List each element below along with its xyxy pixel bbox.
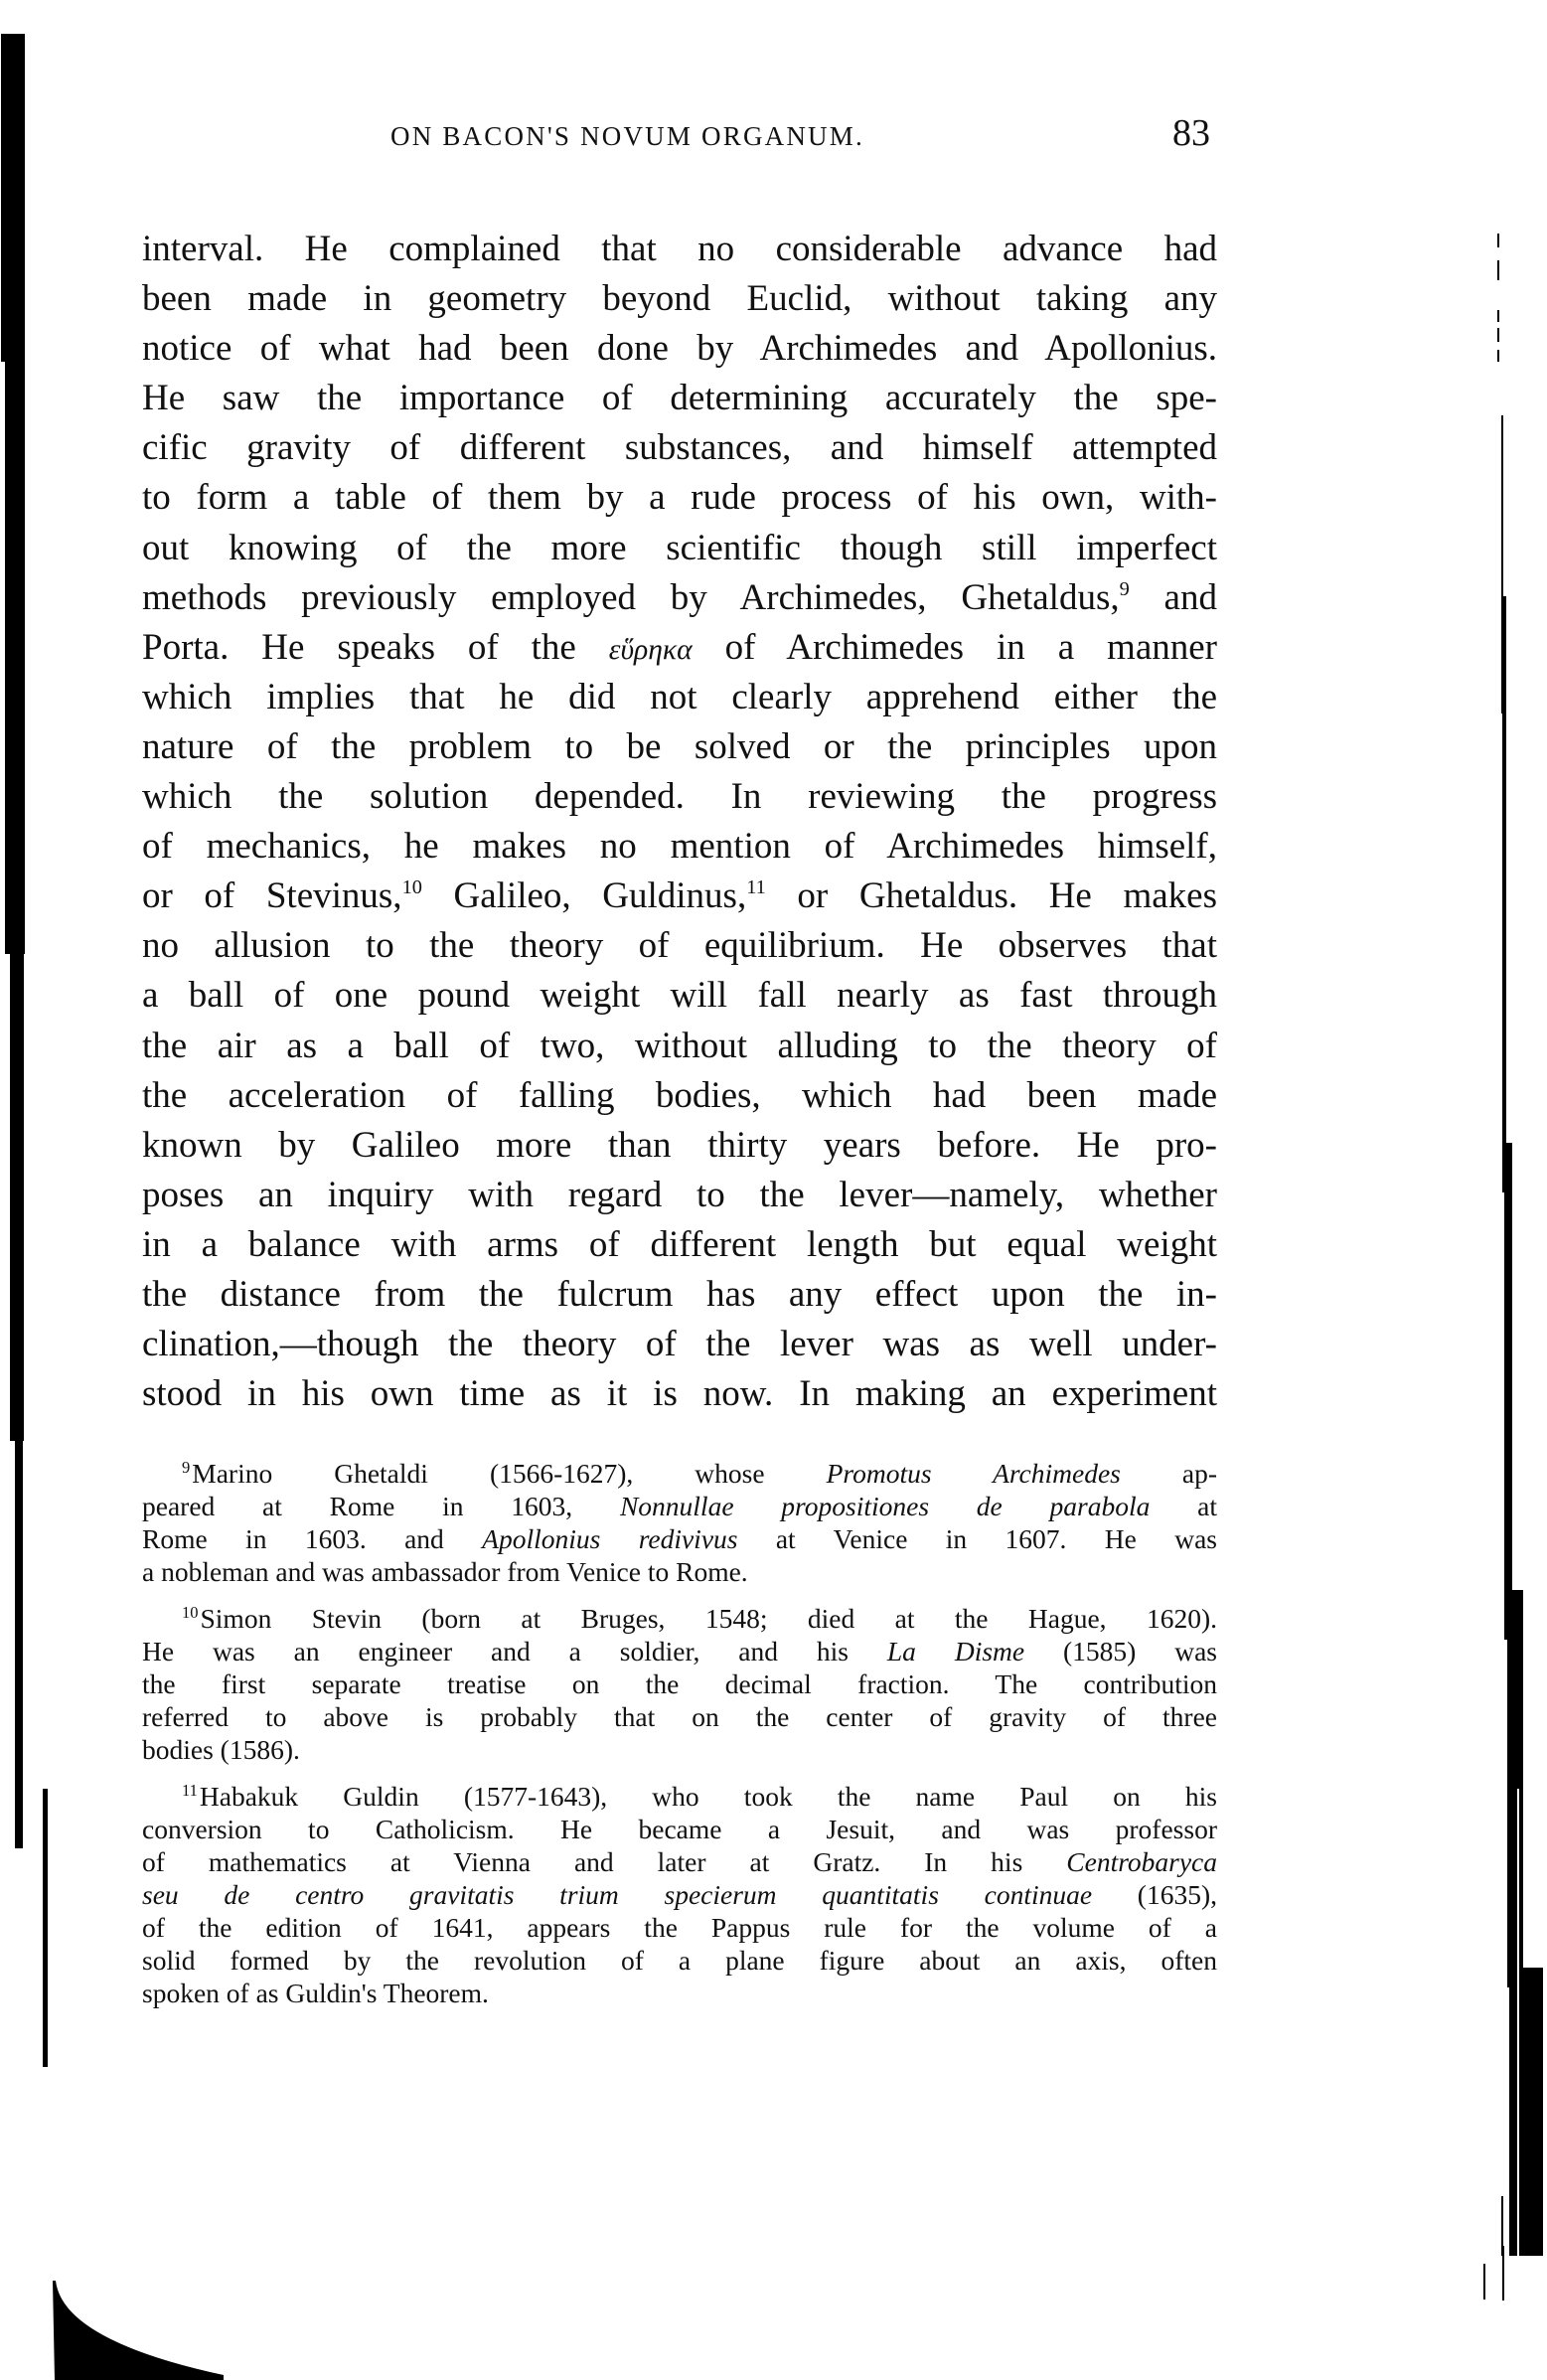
scan-edge-right-dash bbox=[1497, 234, 1499, 247]
scan-edge-right bbox=[1504, 1143, 1512, 1640]
footnote-line: conversion to Catholicism. He became a J… bbox=[142, 1813, 1217, 1845]
text-line: out knowing of the more scientific thoug… bbox=[142, 524, 1217, 573]
footnote-line: seu de centro gravitatis trium specierum… bbox=[142, 1878, 1217, 1911]
footnote-line: Rome in 1603. and Apollonius redivivus a… bbox=[142, 1522, 1217, 1555]
book-page: ON BACON'S NOVUM ORGANUM. 83 interval. H… bbox=[0, 0, 1547, 2380]
footnote-line: spoken of as Guldin's Theorem. bbox=[142, 1977, 1217, 2009]
text-line: to form a table of them by a rude proces… bbox=[142, 473, 1217, 523]
scan-edge-gap bbox=[1517, 1789, 1519, 2276]
footnote-line: of mathematics at Vienna and later at Gr… bbox=[142, 1845, 1217, 1878]
scan-edge-left bbox=[5, 358, 25, 954]
scan-edge-right-dash bbox=[1497, 260, 1499, 280]
footnote-line: solid formed by the revolution of a plan… bbox=[142, 1944, 1217, 1977]
text-line: poses an inquiry with regard to the leve… bbox=[142, 1171, 1217, 1220]
scan-edge-right bbox=[1507, 1590, 1523, 1987]
scan-edge-right-thin bbox=[1483, 2264, 1485, 2300]
text-line: which the solution depended. In reviewin… bbox=[142, 772, 1217, 822]
scan-edge-right-thin bbox=[1502, 2246, 1504, 2301]
footnote-line: referred to above is probably that on th… bbox=[142, 1700, 1217, 1733]
text-line: which implies that he did not clearly ap… bbox=[142, 673, 1217, 722]
scan-edge-left bbox=[10, 944, 24, 1441]
scan-edge-right bbox=[1502, 596, 1506, 1192]
body-text: interval. He complained that no consider… bbox=[142, 225, 1217, 1419]
scan-edge-right bbox=[1509, 1968, 1543, 2256]
running-title: ON BACON'S NOVUM ORGANUM. bbox=[390, 121, 864, 152]
text-line: clination,—though the theory of the leve… bbox=[142, 1320, 1217, 1369]
footnote-line: 11Habakuk Guldin (1577-1643), who took t… bbox=[142, 1780, 1217, 1813]
text-line: no allusion to the theory of equilibrium… bbox=[142, 921, 1217, 971]
footnote-mark: 11 bbox=[182, 1781, 198, 1800]
footnote-ref[interactable]: 11 bbox=[746, 876, 766, 898]
text-line: Porta. He speaks of the εὕρηκα of Archim… bbox=[142, 623, 1217, 673]
text-line: methods previously employed by Archimede… bbox=[142, 573, 1217, 623]
scan-edge-right-dash bbox=[1497, 328, 1499, 342]
footnote-line: a nobleman and was ambassador from Venic… bbox=[142, 1555, 1217, 1588]
text-line: stood in his own time as it is now. In m… bbox=[142, 1369, 1217, 1419]
footnote-mark: 10 bbox=[182, 1603, 199, 1622]
footnote-line: 10Simon Stevin (born at Bruges, 1548; di… bbox=[142, 1602, 1217, 1635]
page-number: 83 bbox=[1172, 111, 1210, 155]
scan-edge-right-dash bbox=[1497, 350, 1499, 362]
text-line: cific gravity of different substances, a… bbox=[142, 423, 1217, 473]
text-line: He saw the importance of determining acc… bbox=[142, 374, 1217, 423]
text-line: the acceleration of falling bodies, whic… bbox=[142, 1071, 1217, 1121]
text-line: interval. He complained that no consider… bbox=[142, 225, 1217, 274]
footnote-mark: 9 bbox=[182, 1458, 190, 1477]
scan-edge-right-dash bbox=[1497, 310, 1499, 322]
footnote-ref[interactable]: 10 bbox=[402, 876, 422, 898]
footnote-line: He was an engineer and a soldier, and hi… bbox=[142, 1635, 1217, 1667]
text-line: the distance from the fulcrum has any ef… bbox=[142, 1270, 1217, 1320]
footnote-9: 9Marino Ghetaldi (1566-1627), whose Prom… bbox=[142, 1457, 1217, 1588]
footnote-line: the first separate treatise on the decim… bbox=[142, 1667, 1217, 1700]
footnote-line: peared at Rome in 1603, Nonnullae propos… bbox=[142, 1490, 1217, 1522]
greek-word: εὕρηκα bbox=[609, 634, 693, 666]
text-line: nature of the problem to be solved or th… bbox=[142, 722, 1217, 772]
text-line: a ball of one pound weight will fall nea… bbox=[142, 971, 1217, 1021]
text-line: or of Stevinus,10 Galileo, Guldinus,11 o… bbox=[142, 872, 1217, 921]
footnote-ref[interactable]: 9 bbox=[1120, 577, 1130, 599]
footnote-line: bodies (1586). bbox=[142, 1733, 1217, 1766]
scan-edge-left bbox=[1, 34, 25, 362]
text-line: the air as a ball of two, without alludi… bbox=[142, 1022, 1217, 1071]
footnote-11: 11Habakuk Guldin (1577-1643), who took t… bbox=[142, 1780, 1217, 2009]
text-line: notice of what had been done by Archimed… bbox=[142, 324, 1217, 374]
footnotes: 9Marino Ghetaldi (1566-1627), whose Prom… bbox=[142, 1457, 1217, 2023]
scan-edge-left bbox=[15, 1431, 23, 1848]
scan-corner-shadow bbox=[53, 2281, 224, 2380]
footnote-line: of the edition of 1641, appears the Papp… bbox=[142, 1911, 1217, 1944]
text-line: of mechanics, he makes no mention of Arc… bbox=[142, 822, 1217, 872]
text-line: known by Galileo more than thirty years … bbox=[142, 1121, 1217, 1171]
scan-edge-left-thin bbox=[43, 1789, 48, 2067]
text-line: in a balance with arms of different leng… bbox=[142, 1220, 1217, 1270]
text-line: been made in geometry beyond Euclid, wit… bbox=[142, 274, 1217, 324]
footnote-line: 9Marino Ghetaldi (1566-1627), whose Prom… bbox=[142, 1457, 1217, 1490]
footnote-10: 10Simon Stevin (born at Bruges, 1548; di… bbox=[142, 1602, 1217, 1766]
